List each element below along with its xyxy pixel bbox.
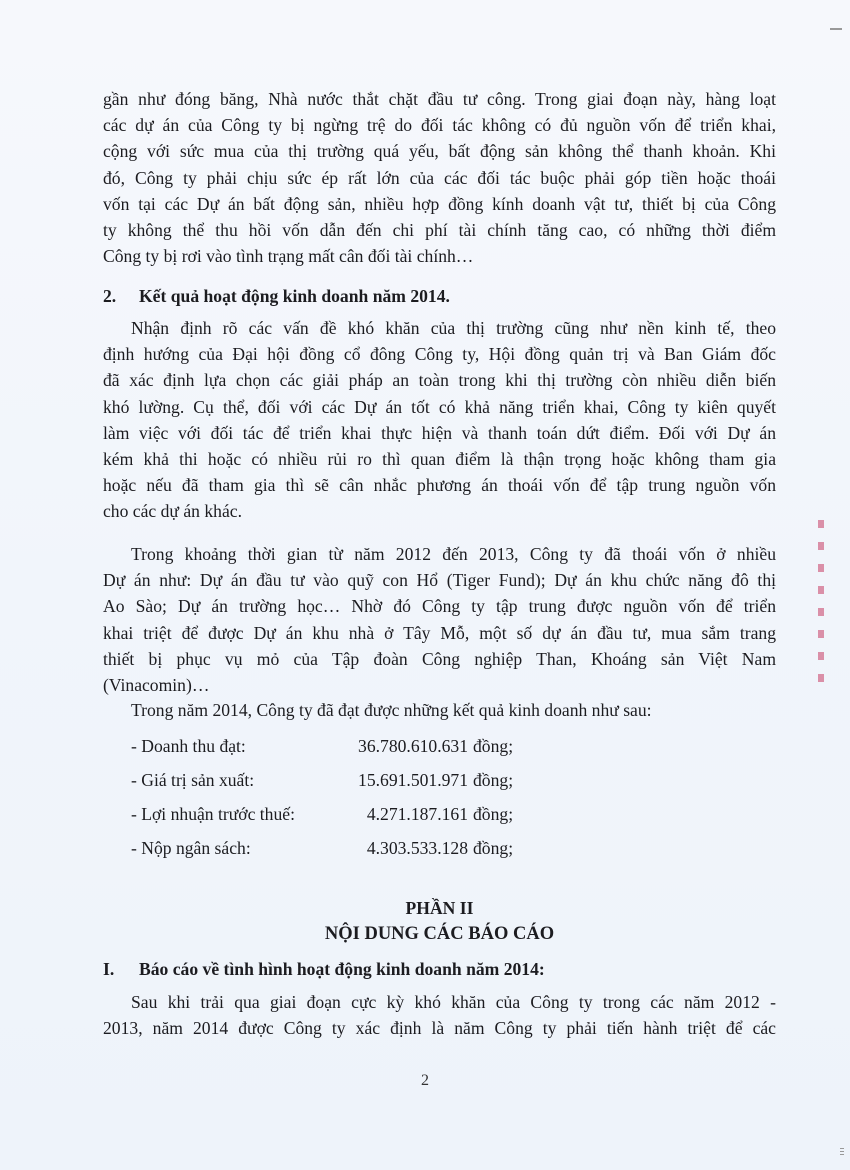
text-line: Sau khi trải qua giai đoạn cực kỳ khó kh…	[103, 989, 776, 1015]
part-subtitle: NỘI DUNG CÁC BÁO CÁO	[103, 921, 776, 947]
text-line: làm việc với đối tác để triển khai thực …	[103, 420, 776, 446]
text-line: gần như đóng băng, Nhà nước thắt chặt đầ…	[103, 86, 776, 112]
text-line: cho các dự án khác.	[103, 498, 776, 524]
part-2-title: PHẦN II NỘI DUNG CÁC BÁO CÁO	[103, 895, 776, 947]
text-line: Nhận định rõ các vấn đề khó khăn của thị…	[103, 315, 776, 341]
results-intro: Trong năm 2014, Công ty đã đạt được nhữn…	[103, 697, 776, 723]
intro-paragraph: gần như đóng băng, Nhà nước thắt chặt đầ…	[103, 86, 776, 269]
result-label: - Nộp ngân sách:	[103, 831, 356, 865]
result-row-budget-payment: - Nộp ngân sách: 4.303.533.128 đồng;	[103, 831, 776, 865]
result-row-production-value: - Giá trị sản xuất: 15.691.501.971 đồng;	[103, 763, 776, 797]
result-unit: đồng;	[468, 797, 513, 831]
part-title: PHẦN II	[103, 895, 776, 921]
result-label: - Giá trị sản xuất:	[103, 763, 356, 797]
result-value: 4.271.187.161	[356, 797, 468, 831]
text-line: Trong năm 2014, Công ty đã đạt được nhữn…	[103, 697, 776, 723]
text-line: kém khả thi hoặc có nhiều rủi ro thì qua…	[103, 446, 776, 472]
scan-corner-mark	[830, 28, 842, 30]
text-line: (Vinacomin)…	[103, 672, 776, 698]
text-line: Ao Sào; Dự án trường học… Nhờ đó Công ty…	[103, 593, 776, 619]
section-I-paragraph: Sau khi trải qua giai đoạn cực kỳ khó kh…	[103, 989, 776, 1041]
margin-stamp-mark	[818, 520, 824, 690]
text-line: các dự án của Công ty bị ngừng trệ do đố…	[103, 112, 776, 138]
document-page: gần như đóng băng, Nhà nước thắt chặt đầ…	[0, 0, 850, 1170]
result-value: 15.691.501.971	[356, 763, 468, 797]
text-line: Dự án như: Dự án đầu tư vào quỹ con Hổ (…	[103, 567, 776, 593]
text-line: ty không thể thu hồi vốn dẫn đến chi phí…	[103, 217, 776, 243]
text-line: đó, Công ty phải chịu sức ép rất lớn của…	[103, 165, 776, 191]
result-label: - Doanh thu đạt:	[103, 729, 356, 763]
result-unit: đồng;	[468, 831, 513, 865]
text-line: 2013, năm 2014 được Công ty xác định là …	[103, 1015, 776, 1041]
text-line: khó lường. Cụ thể, đối với các Dự án tốt…	[103, 394, 776, 420]
result-unit: đồng;	[468, 763, 513, 797]
result-row-revenue: - Doanh thu đạt: 36.780.610.631 đồng;	[103, 729, 776, 763]
text-line: định hướng của Đại hội đồng cổ đông Công…	[103, 341, 776, 367]
section-2-paragraph-2: Trong khoảng thời gian từ năm 2012 đến 2…	[103, 541, 776, 698]
text-line: Công ty bị rơi vào tình trạng mất cân đố…	[103, 243, 776, 269]
result-value: 4.303.533.128	[356, 831, 468, 865]
section-title: Kết quả hoạt động kinh doanh năm 2014.	[139, 283, 450, 309]
section-2-heading: 2. Kết quả hoạt động kinh doanh năm 2014…	[103, 283, 776, 309]
text-line: cộng với sức mua của thị trường quá yếu,…	[103, 138, 776, 164]
text-line: đã xác định lựa chọn các giải pháp an to…	[103, 367, 776, 393]
section-I-heading: I. Báo cáo về tình hình hoạt động kinh d…	[103, 956, 776, 982]
results-list: - Doanh thu đạt: 36.780.610.631 đồng; - …	[103, 729, 776, 865]
text-line: khai triệt để được Dự án khu nhà ở Tây M…	[103, 620, 776, 646]
text-line: vốn tại các Dự án bất động sản, nhiều hợ…	[103, 191, 776, 217]
section-2-paragraph-1: Nhận định rõ các vấn đề khó khăn của thị…	[103, 315, 776, 525]
result-label: - Lợi nhuận trước thuế:	[103, 797, 356, 831]
result-value: 36.780.610.631	[356, 729, 468, 763]
scan-corner-mark	[840, 1148, 844, 1156]
section-number: 2.	[103, 283, 139, 309]
text-line: hoặc nếu đã tham gia thì sẽ cân nhắc phư…	[103, 472, 776, 498]
section-number: I.	[103, 956, 139, 982]
result-row-profit-before-tax: - Lợi nhuận trước thuế: 4.271.187.161 đồ…	[103, 797, 776, 831]
page-number: 2	[0, 1072, 850, 1090]
text-line: Trong khoảng thời gian từ năm 2012 đến 2…	[103, 541, 776, 567]
section-title: Báo cáo về tình hình hoạt động kinh doan…	[139, 956, 545, 982]
result-unit: đồng;	[468, 729, 513, 763]
text-line: thiết bị phục vụ mỏ của Tập đoàn Công ng…	[103, 646, 776, 672]
